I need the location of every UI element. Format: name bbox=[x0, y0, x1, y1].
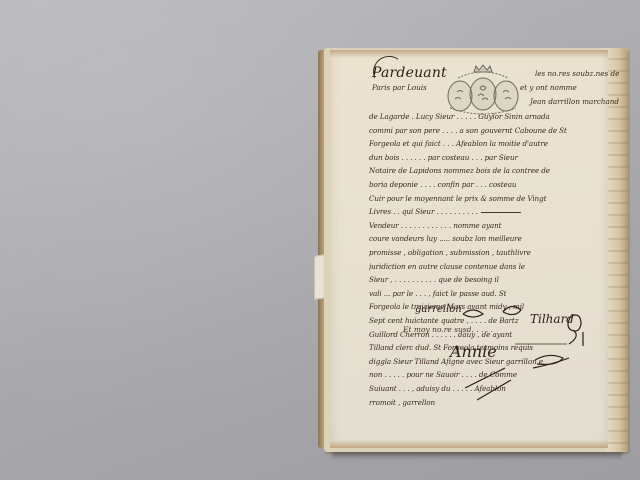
page-right-edges bbox=[606, 48, 628, 452]
body-line: promisse , obligation , submission , tau… bbox=[369, 246, 605, 260]
pre-body-line-1: Paris par Louis bbox=[372, 83, 427, 92]
body-line: Cuir pour le moyennant le prix & somme d… bbox=[369, 192, 605, 206]
body-line: coure vandeurs luy ..... soubz lon meill… bbox=[369, 232, 605, 246]
header-line-2: et y ont nomme bbox=[520, 83, 577, 92]
body-line: Vendeur . . . . . . . . . . . . nomme ay… bbox=[369, 219, 605, 233]
body-line: boria deponie . . . . confin par . . . c… bbox=[369, 178, 605, 192]
body-line: Livres . . qui Sieur . . . . . . . . . . bbox=[369, 205, 605, 219]
header-line-1: les no.res soubz.nes de bbox=[535, 69, 619, 78]
body-line: dun bois . . . . . . par costeau . . . p… bbox=[369, 151, 605, 165]
body-line: Sieur , . . . . . . . . . . que de besoi… bbox=[369, 273, 605, 287]
body-line: commi par son pere . . . . a son gouvern… bbox=[369, 124, 605, 138]
body-line: juridiction en autre clause contenue dan… bbox=[369, 260, 605, 274]
pre-body-line-2: Jean darrillon marchand bbox=[530, 97, 619, 106]
body-line: Notaire de Lapidons nommez bois de la co… bbox=[369, 164, 605, 178]
page-bottom-foxing bbox=[330, 440, 608, 448]
signature-flourish-icon bbox=[455, 300, 605, 410]
body-line: vali ... par le . . . , faict le passe a… bbox=[369, 287, 605, 301]
body-line: de Lagarde . Lucy Sieur . . . . . Guylor… bbox=[369, 110, 605, 124]
document-heading: Pardeuant bbox=[372, 65, 447, 81]
page-top-foxing bbox=[330, 50, 608, 58]
document-body: de Lagarde . Lucy Sieur . . . . . Guylor… bbox=[369, 110, 605, 314]
body-line: Forgeola et qui faict . . . Afeablon la … bbox=[369, 137, 605, 151]
